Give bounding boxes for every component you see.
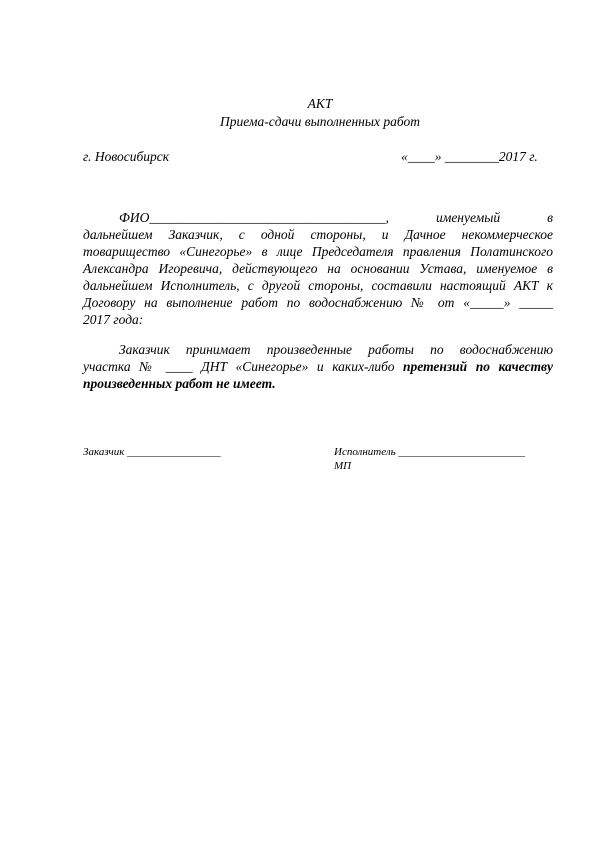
paragraph-line: ФИО___________________________________, … [83,209,553,226]
city: г. Новосибирск [83,149,169,165]
paragraph-line: Договору на выполнение работ по водоснаб… [83,294,553,311]
paragraph-line: 2017 года: [83,311,553,328]
paragraph-line: дальнейшем Исполнитель, с другой стороны… [83,277,553,294]
no-claims-bold: произведенных работ не имеет. [83,376,276,391]
no-claims-bold: претензий по качеству [403,359,553,374]
contractor-signature: Исполнитель _______________________ [334,446,525,458]
paragraph-line: участка № ____ ДНТ «Синегорье» и каких-л… [83,358,553,375]
document-subtitle: Приема-сдачи выполненных работ [0,114,595,130]
paragraph-line: дальнейшем Заказчик, с одной стороны, и … [83,226,553,243]
paragraph-line: произведенных работ не имеет. [83,375,553,392]
paragraph-line: Заказчик принимает произведенные работы … [83,341,553,358]
customer-signature: Заказчик _________________ [83,446,221,458]
date-field: «____» ________2017 г. [401,149,538,165]
stamp-label: МП [334,460,351,472]
document-title: АКТ [0,96,595,112]
paragraph-line: товарищество «Синегорье» в лице Председа… [83,243,553,260]
parties-paragraph: ФИО___________________________________, … [83,209,553,328]
paragraph-line: Александра Игоревича, действующего на ос… [83,260,553,277]
acceptance-paragraph: Заказчик принимает произведенные работы … [83,341,553,392]
